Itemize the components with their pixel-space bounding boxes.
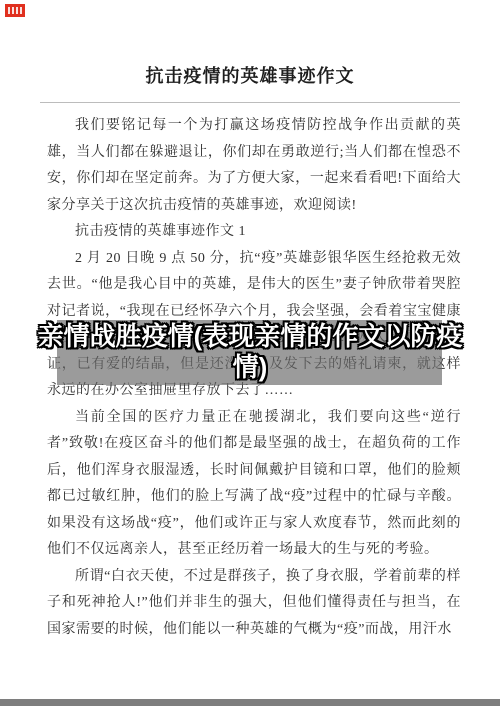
watermark-title: 亲情战胜疫情(表现亲情的作文以防疫 情) <box>0 321 500 383</box>
page-title: 抗击疫情的英雄事迹作文 <box>0 62 500 88</box>
watermark-title-line1: 亲情战胜疫情(表现亲情的作文以防疫 <box>0 321 500 352</box>
bottom-gray-bar <box>0 699 500 706</box>
section-heading-1: 抗击疫情的英雄事迹作文 1 <box>47 219 461 246</box>
paragraph-tribute: 当前全国的医疗力量正在驰援湖北，我们要向这些“逆行者”致敬!在疫区奋斗的他们都是… <box>47 405 461 564</box>
watermark-title-line2: 情) <box>0 352 500 383</box>
document-page: 抗击疫情的英雄事迹作文 我们要铭记每一个为打赢这场疫情防控战争作出贡献的英雄，当… <box>0 0 500 706</box>
paragraph-intro: 我们要铭记每一个为打赢这场疫情防控战争作出贡献的英雄，当人们都在躲避退让，你们却… <box>47 113 461 219</box>
site-corner-badge <box>5 4 25 17</box>
title-divider <box>40 102 460 103</box>
paragraph-angels: 所谓“白衣天使，不过是群孩子，换了身衣服，学着前辈的样子和死神抢人!”他们并非生… <box>47 564 461 644</box>
